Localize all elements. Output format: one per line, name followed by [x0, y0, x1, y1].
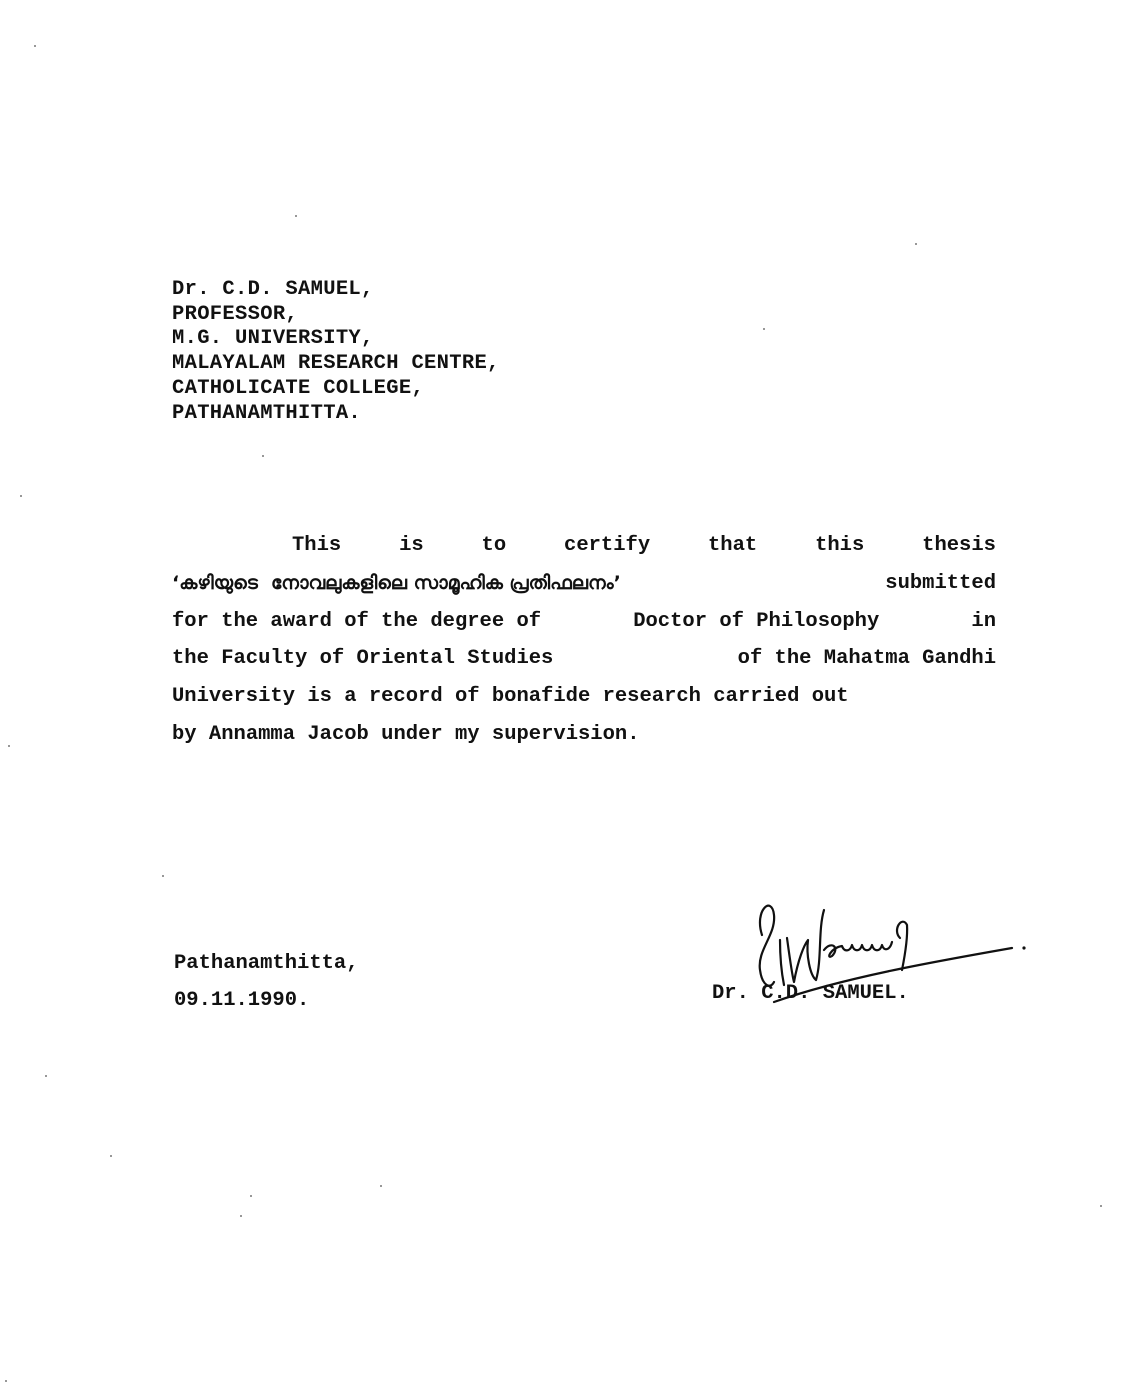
certificate-line-2: ‘കഴിയുടെ നോവലുകളിലെ സാമൂഹിക പ്രതിഫലനം’ s… — [172, 565, 996, 603]
sender-department: MALAYALAM RESEARCH CENTRE, — [172, 352, 500, 377]
sender-address-block: Dr. C.D. SAMUEL, PROFESSOR, M.G. UNIVERS… — [172, 278, 500, 426]
scan-speck — [262, 455, 264, 457]
date: 09.11.1990. — [174, 982, 359, 1019]
sender-name: Dr. C.D. SAMUEL, — [172, 278, 500, 303]
scan-speck — [45, 1075, 47, 1077]
scan-speck — [915, 243, 917, 245]
scan-speck — [162, 875, 164, 877]
place-date-block: Pathanamthitta, 09.11.1990. — [174, 945, 359, 1019]
sender-university: M.G. UNIVERSITY, — [172, 327, 500, 352]
scan-speck — [240, 1215, 242, 1217]
scan-speck — [763, 328, 765, 330]
certificate-line-4: the Faculty of Oriental Studies of the M… — [172, 640, 996, 678]
text: for the award of the degree of — [172, 603, 541, 641]
text: University is a record of bonafide resea… — [172, 678, 849, 716]
scan-speck — [34, 45, 36, 47]
degree-name: Doctor of Philosophy — [633, 603, 879, 641]
certificate-line-1: This is to certify that this thesis — [172, 527, 996, 565]
certificate-body: This is to certify that this thesis ‘കഴി… — [172, 527, 996, 754]
candidate-name: Annamma Jacob — [209, 716, 369, 754]
sender-city: PATHANAMTHITTA. — [172, 402, 500, 427]
scan-speck — [1100, 1205, 1102, 1207]
signatory-name: Dr. C.D. SAMUEL. — [712, 982, 909, 1005]
scan-speck — [250, 1195, 252, 1197]
sender-college: CATHOLICATE COLLEGE, — [172, 377, 500, 402]
thesis-title: ‘കഴിയുടെ നോവലുകളിലെ സാമൂഹിക പ്രതിഫലനം’ — [172, 565, 621, 603]
text: under my supervision. — [381, 716, 639, 754]
sender-title: PROFESSOR, — [172, 303, 500, 328]
scan-speck — [20, 495, 22, 497]
faculty-name: the Faculty of Oriental Studies — [172, 640, 553, 678]
scan-speck — [380, 1185, 382, 1187]
scan-speck — [110, 1155, 112, 1157]
certificate-line-5: University is a record of bonafide resea… — [172, 678, 996, 716]
word: is — [399, 527, 424, 565]
certificate-line-3: for the award of the degree of Doctor of… — [172, 603, 996, 641]
word: This — [292, 527, 341, 565]
certificate-line-6: by Annamma Jacob under my supervision. — [172, 716, 996, 754]
text: in — [971, 603, 996, 641]
word: submitted — [885, 565, 996, 603]
word: certify — [564, 527, 650, 565]
scan-speck — [295, 215, 297, 217]
word: to — [482, 527, 507, 565]
word: thesis — [922, 527, 996, 565]
scan-speck — [8, 745, 10, 747]
text: by — [172, 716, 197, 754]
scan-speck — [5, 1380, 7, 1382]
text: of the Mahatma Gandhi — [738, 640, 996, 678]
place: Pathanamthitta, — [174, 945, 359, 982]
word: this — [815, 527, 864, 565]
word: that — [708, 527, 757, 565]
signature-block: Dr. C.D. SAMUEL. — [712, 890, 1022, 1010]
